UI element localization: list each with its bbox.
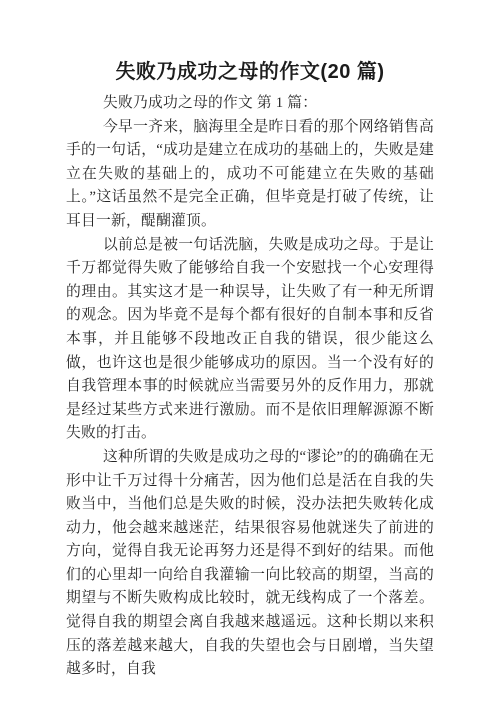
essay-body: 失败乃成功之母的作文 第 1 篇： 今早一齐来，脑海里全是昨日看的那个网络销售高…: [66, 92, 434, 682]
page-title: 失败乃成功之母的作文(20 篇): [0, 0, 500, 85]
essay-paragraph-1: 今早一齐来，脑海里全是昨日看的那个网络销售高手的一句话，“成功是建立在成功的基础…: [66, 116, 434, 234]
essay-paragraph-2: 以前总是被一句话洗脑，失败是成功之母。于是让千万都觉得失败了能够给自我一个安慰找…: [66, 234, 434, 446]
essay-section-heading: 失败乃成功之母的作文 第 1 篇：: [66, 92, 434, 116]
essay-paragraph-3: 这种所谓的失败是成功之母的“谬论”的的确确在无形中让千万过得十分痛苦，因为他们总…: [66, 446, 434, 682]
document-page: 失败乃成功之母的作文(20 篇) 失败乃成功之母的作文 第 1 篇： 今早一齐来…: [0, 0, 500, 707]
